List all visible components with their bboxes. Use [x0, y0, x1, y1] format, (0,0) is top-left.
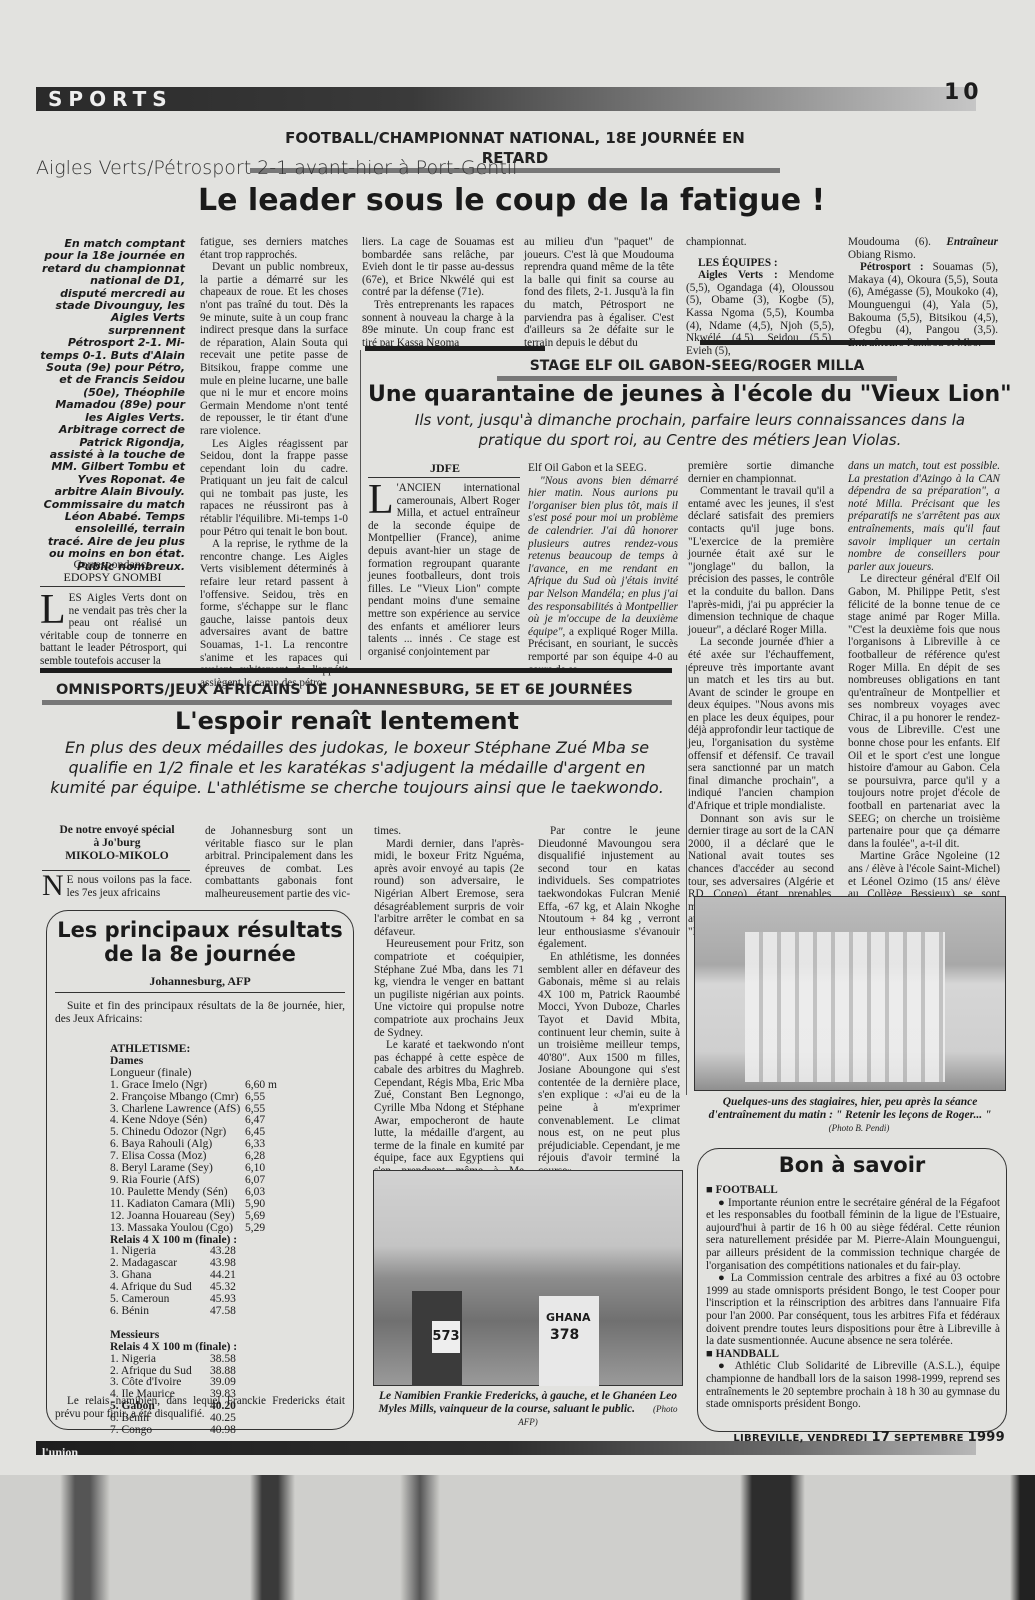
column-divider [360, 350, 361, 660]
results-intro: Suite et fin des principaux résultats de… [55, 1000, 345, 1025]
article1-chapeau: En match comptant pour la 18e journée en… [40, 238, 185, 573]
paragraph: dans un match, tout est possible. La pre… [848, 460, 1000, 573]
photo-figures [745, 932, 945, 1082]
result-value: 6,03 [245, 1187, 265, 1199]
result-name: 12. Joanna Houareau (Sey) [110, 1211, 245, 1223]
coach-name: Obiang Rismo. [848, 249, 916, 261]
circle-bullet-icon: ● [718, 1197, 728, 1209]
divider [40, 668, 672, 673]
result-row: 11. Kadiaton Camara (Mli)5,90 [110, 1199, 350, 1211]
result-value: 5,90 [245, 1199, 265, 1211]
byline-name: MIKOLO-MIKOLO [42, 850, 192, 863]
page-number: 10 [944, 80, 983, 105]
result-name: 13. Massaka Youlou (Cgo) [110, 1223, 245, 1235]
results-note: Le relais namibien, dans lequel Franckie… [55, 1395, 345, 1420]
date-year: 1999 [968, 1430, 1005, 1445]
photo-credit: (Photo B. Pendi) [829, 1123, 890, 1133]
result-row: 1. Grace Imelo (Ngr)6,60 m [110, 1080, 350, 1092]
divider [55, 992, 345, 993]
article3-lead: E nous voilons pas la face. les 7es jeux… [67, 874, 192, 899]
paragraph: championnat. [686, 236, 834, 249]
paragraph: Devant un public nombreux, la partie a d… [200, 261, 348, 437]
article1-col2: fatigue, ses derniers matches étant trop… [200, 236, 348, 689]
article2-headline: Une quarantaine de jeunes à l'école du "… [368, 380, 1012, 410]
square-bullet-icon: ■ [706, 1348, 716, 1360]
square-bullet-icon: ■ [706, 1184, 716, 1196]
paragraph: liers. La cage de Souamas est bombardée … [362, 236, 514, 299]
result-row: 10. Paulette Mendy (Sén)6,03 [110, 1187, 350, 1199]
result-row: 2. Françoise Mbango (Cmr)6,55 [110, 1092, 350, 1104]
event-label: Relais 4 X 100 m (finale) : [110, 1342, 350, 1354]
article3-headline: L'espoir renaît lentement [175, 705, 519, 737]
sprinters-photo: 573 GHANA 378 [373, 1170, 683, 1386]
info-box-content: ■ FOOTBALL ● Importante réunion entre le… [706, 1184, 1000, 1411]
teams-label: LES ÉQUIPES : [686, 257, 834, 270]
result-row: 1. Nigeria38.58 [110, 1354, 350, 1366]
article1-col3: liers. La cage de Souamas est bombardée … [362, 236, 514, 349]
article1-kicker: Aigles Verts/Pétrosport 2-1 avant-hier à… [36, 157, 517, 179]
women-relay-results: 1. Nigeria43.282. Madagascar43.983. Ghan… [110, 1246, 350, 1317]
paragraph: Heureusement pour Fritz, son compatriote… [374, 938, 524, 1039]
dropcap: L [40, 593, 66, 627]
circle-bullet-icon: ● [718, 1360, 735, 1372]
section-title: SPORTS [36, 87, 173, 111]
result-row: 6. Bénin47.58 [110, 1306, 350, 1318]
byline-line: à Jo'burg [42, 837, 192, 850]
paragraph: Commentant le travail qu'il a entamé ave… [688, 485, 834, 636]
article2-col2: Elf Oil Gabon et la SEEG. "Nous avons bi… [528, 462, 678, 676]
article2-col1: L'ANCIEN international camerounais, Albe… [368, 482, 520, 658]
paragraph: de Johannesburg sont un véritable fiasco… [205, 825, 353, 901]
paragraph: Par contre le jeune Dieudonné Mavoungou … [538, 825, 680, 951]
bib-573: 573 [432, 1321, 460, 1353]
result-value: 40.98 [210, 1425, 236, 1437]
circle-bullet-icon: ● [718, 1272, 731, 1284]
divider [365, 346, 545, 351]
dropcap: N [42, 874, 64, 898]
result-name: 2. Françoise Mbango (Cmr) [110, 1092, 245, 1104]
bib-378: 378 [550, 1327, 579, 1343]
sprinters-photo-caption: Le Namibien Frankie Fredericks, à gauche… [373, 1390, 683, 1429]
date-day: 17 [871, 1430, 890, 1445]
article2-col4: dans un match, tout est possible. La pre… [848, 460, 1000, 939]
paragraph: A la reprise, le rythme de la rencontre … [200, 538, 348, 689]
column-divider [686, 665, 687, 1095]
caption-text: Le Namibien Frankie Fredericks, à gauche… [378, 1390, 677, 1415]
article1-col1: LES Aigles Verts dont on ne vendait pas … [40, 592, 187, 668]
result-name: 11. Kadiaton Camara (Mli) [110, 1199, 245, 1211]
paragraph: première sortie dimanche dernier en cham… [688, 460, 834, 485]
info-item: La Commission centrale des arbitres a fi… [706, 1272, 1000, 1347]
article1-byline: Correspondance EDOPSY GNOMBI [40, 558, 185, 584]
result-value: 47.58 [210, 1306, 236, 1318]
result-value: 5,29 [245, 1223, 265, 1235]
paragraph: Le directeur général d'Elf Oil Gabon, M.… [848, 573, 1000, 850]
article2-rubric: STAGE ELF OIL GABON-SEEG/ROGER MILLA [497, 356, 897, 381]
result-row: 13. Massaka Youlou (Cgo)5,29 [110, 1223, 350, 1235]
category-label: Messieurs [110, 1330, 350, 1342]
trainees-photo [694, 896, 1006, 1091]
result-row: 12. Joanna Houareau (Sey)5,69 [110, 1211, 350, 1223]
article3-byline: De notre envoyé spécial à Jo'burg MIKOLO… [42, 824, 192, 863]
paragraph: Les Aigles réagissent par Seidou, dont l… [200, 438, 348, 539]
paragraph: fatigue, ses derniers matches étant trop… [200, 236, 348, 261]
paragraph: Très entreprenants les rapaces sonnent à… [362, 299, 514, 349]
paragraph: Elf Oil Gabon et la SEEG. [528, 462, 678, 475]
article2-col3: première sortie dimanche dernier en cham… [688, 460, 834, 939]
byline-name: EDOPSY GNOMBI [40, 571, 185, 584]
article2-byline: JDFE [370, 462, 520, 475]
team-label: GHANA [546, 1311, 590, 1324]
dropcap: L [368, 483, 394, 517]
section-header-bar: SPORTS [36, 87, 976, 111]
article3-col2: de Johannesburg sont un véritable fiasco… [205, 825, 353, 901]
article3-rubric: OMNISPORTS/JEUX AFRICAINS DE JOHANNESBUR… [42, 680, 672, 705]
result-name: 1. Nigeria [110, 1354, 210, 1366]
title-line: Les principaux résultats [50, 918, 350, 942]
sport-label: ATHLETISME: [110, 1044, 350, 1056]
scan-artifact-strip [0, 1475, 1035, 1600]
team1-name: Aigles Verts : [698, 269, 778, 281]
team1-end: Moudouma (6). [848, 236, 931, 248]
results-table: ATHLETISME: Dames Longueur (finale) 1. G… [110, 1044, 350, 1437]
quote: "Nous avons bien démarré hier matin. Nou… [528, 475, 678, 638]
info-box-title: Bon à savoir [697, 1152, 1007, 1178]
long-jump-results: 1. Grace Imelo (Ngr)6,60 m2. Françoise M… [110, 1080, 350, 1235]
article3-col3: times. Mardi dernier, dans l'après-midi,… [374, 825, 524, 1190]
result-value: 6,55 [245, 1092, 265, 1104]
newspaper-logo: l'union [36, 1445, 78, 1459]
result-value: 6,60 m [245, 1080, 277, 1092]
article1-headline: Le leader sous le coup de la fatigue ! [198, 182, 825, 220]
title-line: de la 8e journée [50, 942, 350, 966]
paragraph: Suite et fin des principaux résultats de… [55, 1000, 345, 1025]
result-value: 5,69 [245, 1211, 265, 1223]
paragraph: au milieu d'un "paquet" de joueurs. C'es… [524, 236, 674, 349]
date-prefix: LIBREVILLE, VENDREDI [733, 1433, 867, 1444]
article2-subhead: Ils vont, jusqu'à dimanche prochain, par… [400, 410, 980, 450]
byline-line: De notre envoyé spécial [42, 824, 192, 837]
newspaper-page: SPORTS 10 FOOTBALL/CHAMPIONNAT NATIONAL,… [0, 0, 1035, 1475]
paragraph: La seconde journée d'hier a été axée sur… [688, 636, 834, 812]
result-name: 1. Grace Imelo (Ngr) [110, 1080, 245, 1092]
trainees-photo-caption: Quelques-uns des stagiaires, hier, peu a… [694, 1096, 1006, 1135]
date-month: SEPTEMBRE [894, 1433, 964, 1444]
results-source: Johannesburg, AFP [50, 974, 350, 989]
paragraph: Le karaté et taekwondo n'ont pas échappé… [374, 1039, 524, 1190]
section-label: FOOTBALL [716, 1184, 778, 1196]
article3-subhead: En plus des deux médailles des judokas, … [42, 738, 672, 798]
section-label: HANDBALL [716, 1348, 779, 1360]
result-name: 7. Congo [110, 1425, 210, 1437]
caption-text: Quelques-uns des stagiaires, hier, peu a… [709, 1096, 992, 1121]
divider [42, 870, 190, 871]
coach-label: Entraîneur [946, 236, 998, 248]
result-value: 38.58 [210, 1354, 236, 1366]
article1-col4: au milieu d'un "paquet" de joueurs. C'es… [524, 236, 674, 349]
footer-date: LIBREVILLE, VENDREDI 17 SEPTEMBRE 1999 [733, 1430, 1005, 1445]
team2-name: Pétrosport : [860, 261, 924, 273]
paragraph: Le relais namibien, dans lequel Franckie… [55, 1395, 345, 1420]
article3-col4: Par contre le jeune Dieudonné Mavoungou … [538, 825, 680, 1228]
results-title: Les principaux résultats de la 8e journé… [50, 918, 350, 966]
result-row: 7. Congo40.98 [110, 1425, 350, 1437]
article1-col6: Moudouma (6). Entraîneur Obiang Rismo. P… [848, 236, 998, 349]
divider [700, 340, 995, 345]
info-item: Importante réunion entre le secrétaire g… [706, 1197, 1000, 1272]
paragraph: En athlétisme, les données semblent alle… [538, 951, 680, 1178]
article3-col1: NE nous voilons pas la face. les 7es jeu… [42, 874, 192, 899]
result-name: 6. Bénin [110, 1306, 210, 1318]
result-name: 10. Paulette Mendy (Sén) [110, 1187, 245, 1199]
paragraph: Mardi dernier, dans l'après-midi, le box… [374, 838, 524, 939]
event-label: Longueur (finale) [110, 1068, 350, 1080]
info-item: Athlétic Club Solidarité de Libreville (… [706, 1360, 1000, 1410]
paragraph: times. [374, 825, 524, 838]
